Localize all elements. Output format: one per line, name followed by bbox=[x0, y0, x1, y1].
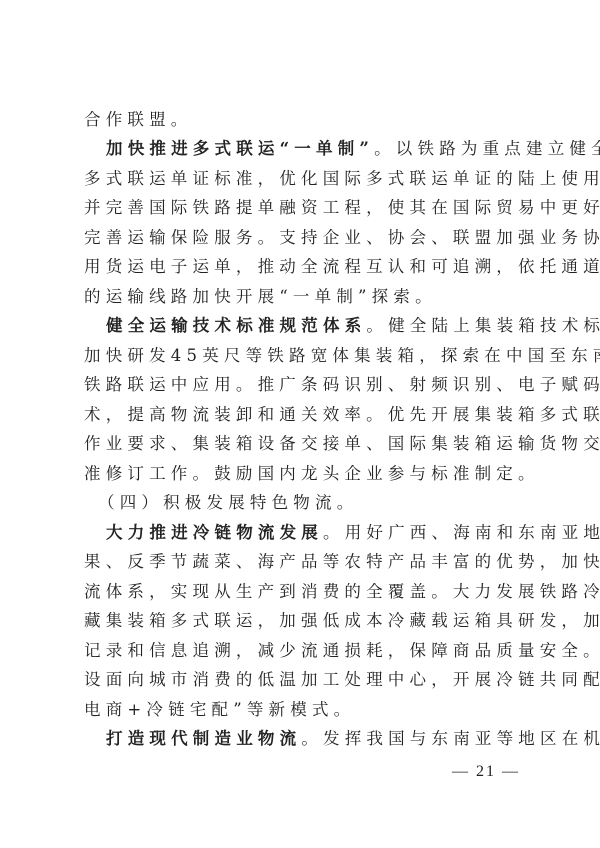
line-text: 术，提高物流装卸和通关效率。优先开展集装箱多式联运交接检查 bbox=[84, 405, 600, 424]
text-line: 藏集装箱多式联运，加强低成本冷藏载运箱具研发，加强全程温度 bbox=[84, 610, 512, 632]
section-heading: （四）积极发展特色物流。 bbox=[98, 492, 526, 514]
line-text: 。用好广西、海南和东南亚地区热带水 bbox=[323, 523, 600, 542]
text-line: 用货运电子运单，推动全流程互认和可追溯，依托通道内具备条件 bbox=[84, 256, 512, 278]
text-line: 多式联运单证标准，优化国际多式联运单证的陆上使用环境，推动 bbox=[84, 168, 512, 190]
document-page: 合作联盟。 加快推进多式联运“一单制”。以铁路为重点建立健全内外贸 多式联运单证… bbox=[0, 0, 600, 848]
text-line: 准修订工作。鼓励国内龙头企业参与标准制定。 bbox=[84, 463, 512, 485]
paragraph-lead-line: 打造现代制造业物流。发挥我国与东南亚等地区在机电产品、 bbox=[106, 728, 512, 750]
paragraph-heading: 打造现代制造业物流 bbox=[106, 729, 301, 748]
line-text: 并完善国际铁路提单融资工程，使其在国际贸易中更好发挥作用， bbox=[84, 198, 600, 217]
line-text: 藏集装箱多式联运，加强低成本冷藏载运箱具研发，加强全程温度 bbox=[84, 611, 600, 630]
paragraph-heading: 大力推进冷链物流发展 bbox=[106, 523, 323, 542]
line-text: 流体系，实现从生产到消费的全覆盖。大力发展铁路冷藏运输、冷 bbox=[84, 582, 600, 601]
line-text: 。以铁路为重点建立健全内外贸 bbox=[374, 139, 600, 158]
line-text: 的运输线路加快开展“一单制”探索。 bbox=[84, 287, 437, 306]
line-text: 电商+冷链宅配”等新模式。 bbox=[84, 700, 355, 719]
text-line: 作业要求、集装箱设备交接单、国际集装箱运输货物交付单证等标 bbox=[84, 433, 512, 455]
text-line: 完善运输保险服务。支持企业、协会、联盟加强业务协同，推动使 bbox=[84, 227, 512, 249]
line-text: 作业要求、集装箱设备交接单、国际集装箱运输货物交付单证等标 bbox=[84, 434, 600, 453]
line-text: 完善运输保险服务。支持企业、协会、联盟加强业务协同，推动使 bbox=[84, 228, 600, 247]
section-heading-text: （四）积极发展特色物流。 bbox=[98, 493, 358, 512]
text-line: 术，提高物流装卸和通关效率。优先开展集装箱多式联运交接检查 bbox=[84, 404, 512, 426]
text-line: 铁路联运中应用。推广条码识别、射频识别、电子赋码等信息化技 bbox=[84, 374, 512, 396]
line-text: 铁路联运中应用。推广条码识别、射频识别、电子赋码等信息化技 bbox=[84, 375, 600, 394]
line-text: 合作联盟。 bbox=[84, 110, 193, 129]
text-line: 电商+冷链宅配”等新模式。 bbox=[84, 699, 512, 721]
paragraph-heading: 健全运输技术标准规范体系 bbox=[106, 316, 366, 335]
line-text: 果、反季节蔬菜、海产品等农特产品丰富的优势，加快建设冷链物 bbox=[84, 552, 600, 571]
text-line: 加快研发45英尺等铁路宽体集装箱，探索在中国至东南亚的国际 bbox=[84, 345, 512, 367]
paragraph-lead-line: 加快推进多式联运“一单制”。以铁路为重点建立健全内外贸 bbox=[106, 138, 512, 160]
text-line: 记录和信息追溯，减少流通损耗，保障商品质量安全。鼓励企业建 bbox=[84, 640, 512, 662]
text-line: 并完善国际铁路提单融资工程，使其在国际贸易中更好发挥作用， bbox=[84, 197, 512, 219]
line-text: 。健全陆上集装箱技术标准体系， bbox=[366, 316, 600, 335]
paragraph-heading: 加快推进多式联运“一单制” bbox=[106, 139, 374, 158]
line-text: 加快研发45英尺等铁路宽体集装箱，探索在中国至东南亚的国际 bbox=[84, 346, 600, 365]
line-text: 记录和信息追溯，减少流通损耗，保障商品质量安全。鼓励企业建 bbox=[84, 641, 600, 660]
text-line: 合作联盟。 bbox=[84, 109, 512, 131]
text-line: 的运输线路加快开展“一单制”探索。 bbox=[84, 286, 512, 308]
text-line: 果、反季节蔬菜、海产品等农特产品丰富的优势，加快建设冷链物 bbox=[84, 551, 512, 573]
paragraph-lead-line: 大力推进冷链物流发展。用好广西、海南和东南亚地区热带水 bbox=[106, 522, 512, 544]
line-text: 。发挥我国与东南亚等地区在机电产品、 bbox=[301, 729, 600, 748]
line-text: 多式联运单证标准，优化国际多式联运单证的陆上使用环境，推动 bbox=[84, 169, 600, 188]
text-line: 设面向城市消费的低温加工处理中心，开展冷链共同配送、“生鲜 bbox=[84, 669, 512, 691]
page-number: — 21 — bbox=[452, 761, 520, 783]
paragraph-lead-line: 健全运输技术标准规范体系。健全陆上集装箱技术标准体系， bbox=[106, 315, 512, 337]
line-text: 用货运电子运单，推动全流程互认和可追溯，依托通道内具备条件 bbox=[84, 257, 600, 276]
line-text: 设面向城市消费的低温加工处理中心，开展冷链共同配送、“生鲜 bbox=[84, 670, 600, 689]
text-line: 流体系，实现从生产到消费的全覆盖。大力发展铁路冷藏运输、冷 bbox=[84, 581, 512, 603]
line-text: 准修订工作。鼓励国内龙头企业参与标准制定。 bbox=[84, 464, 540, 483]
